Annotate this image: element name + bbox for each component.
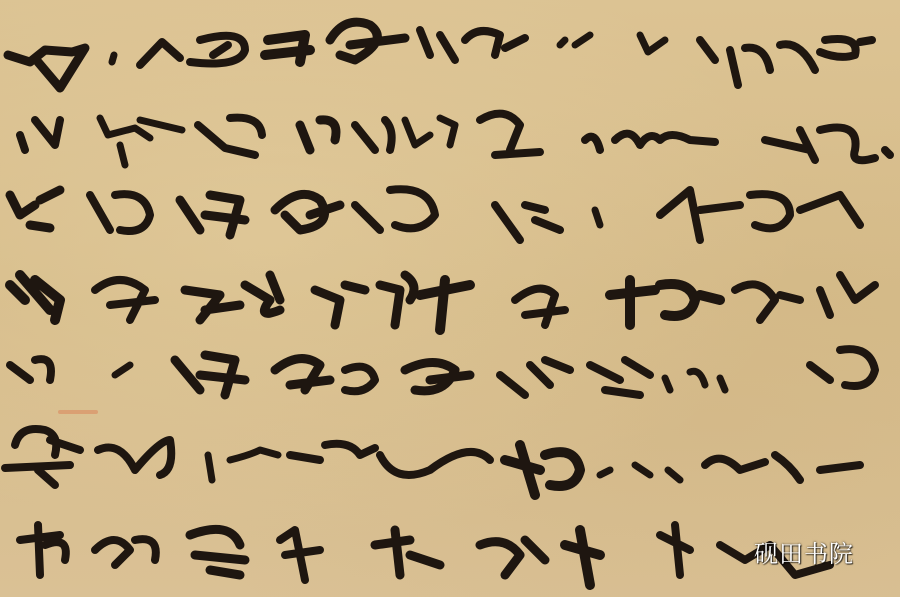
watermark-text: 砚田书院 [754, 534, 854, 569]
ink-strokes [0, 0, 900, 597]
calligraphy-artwork: 砚田书院 [0, 0, 900, 597]
